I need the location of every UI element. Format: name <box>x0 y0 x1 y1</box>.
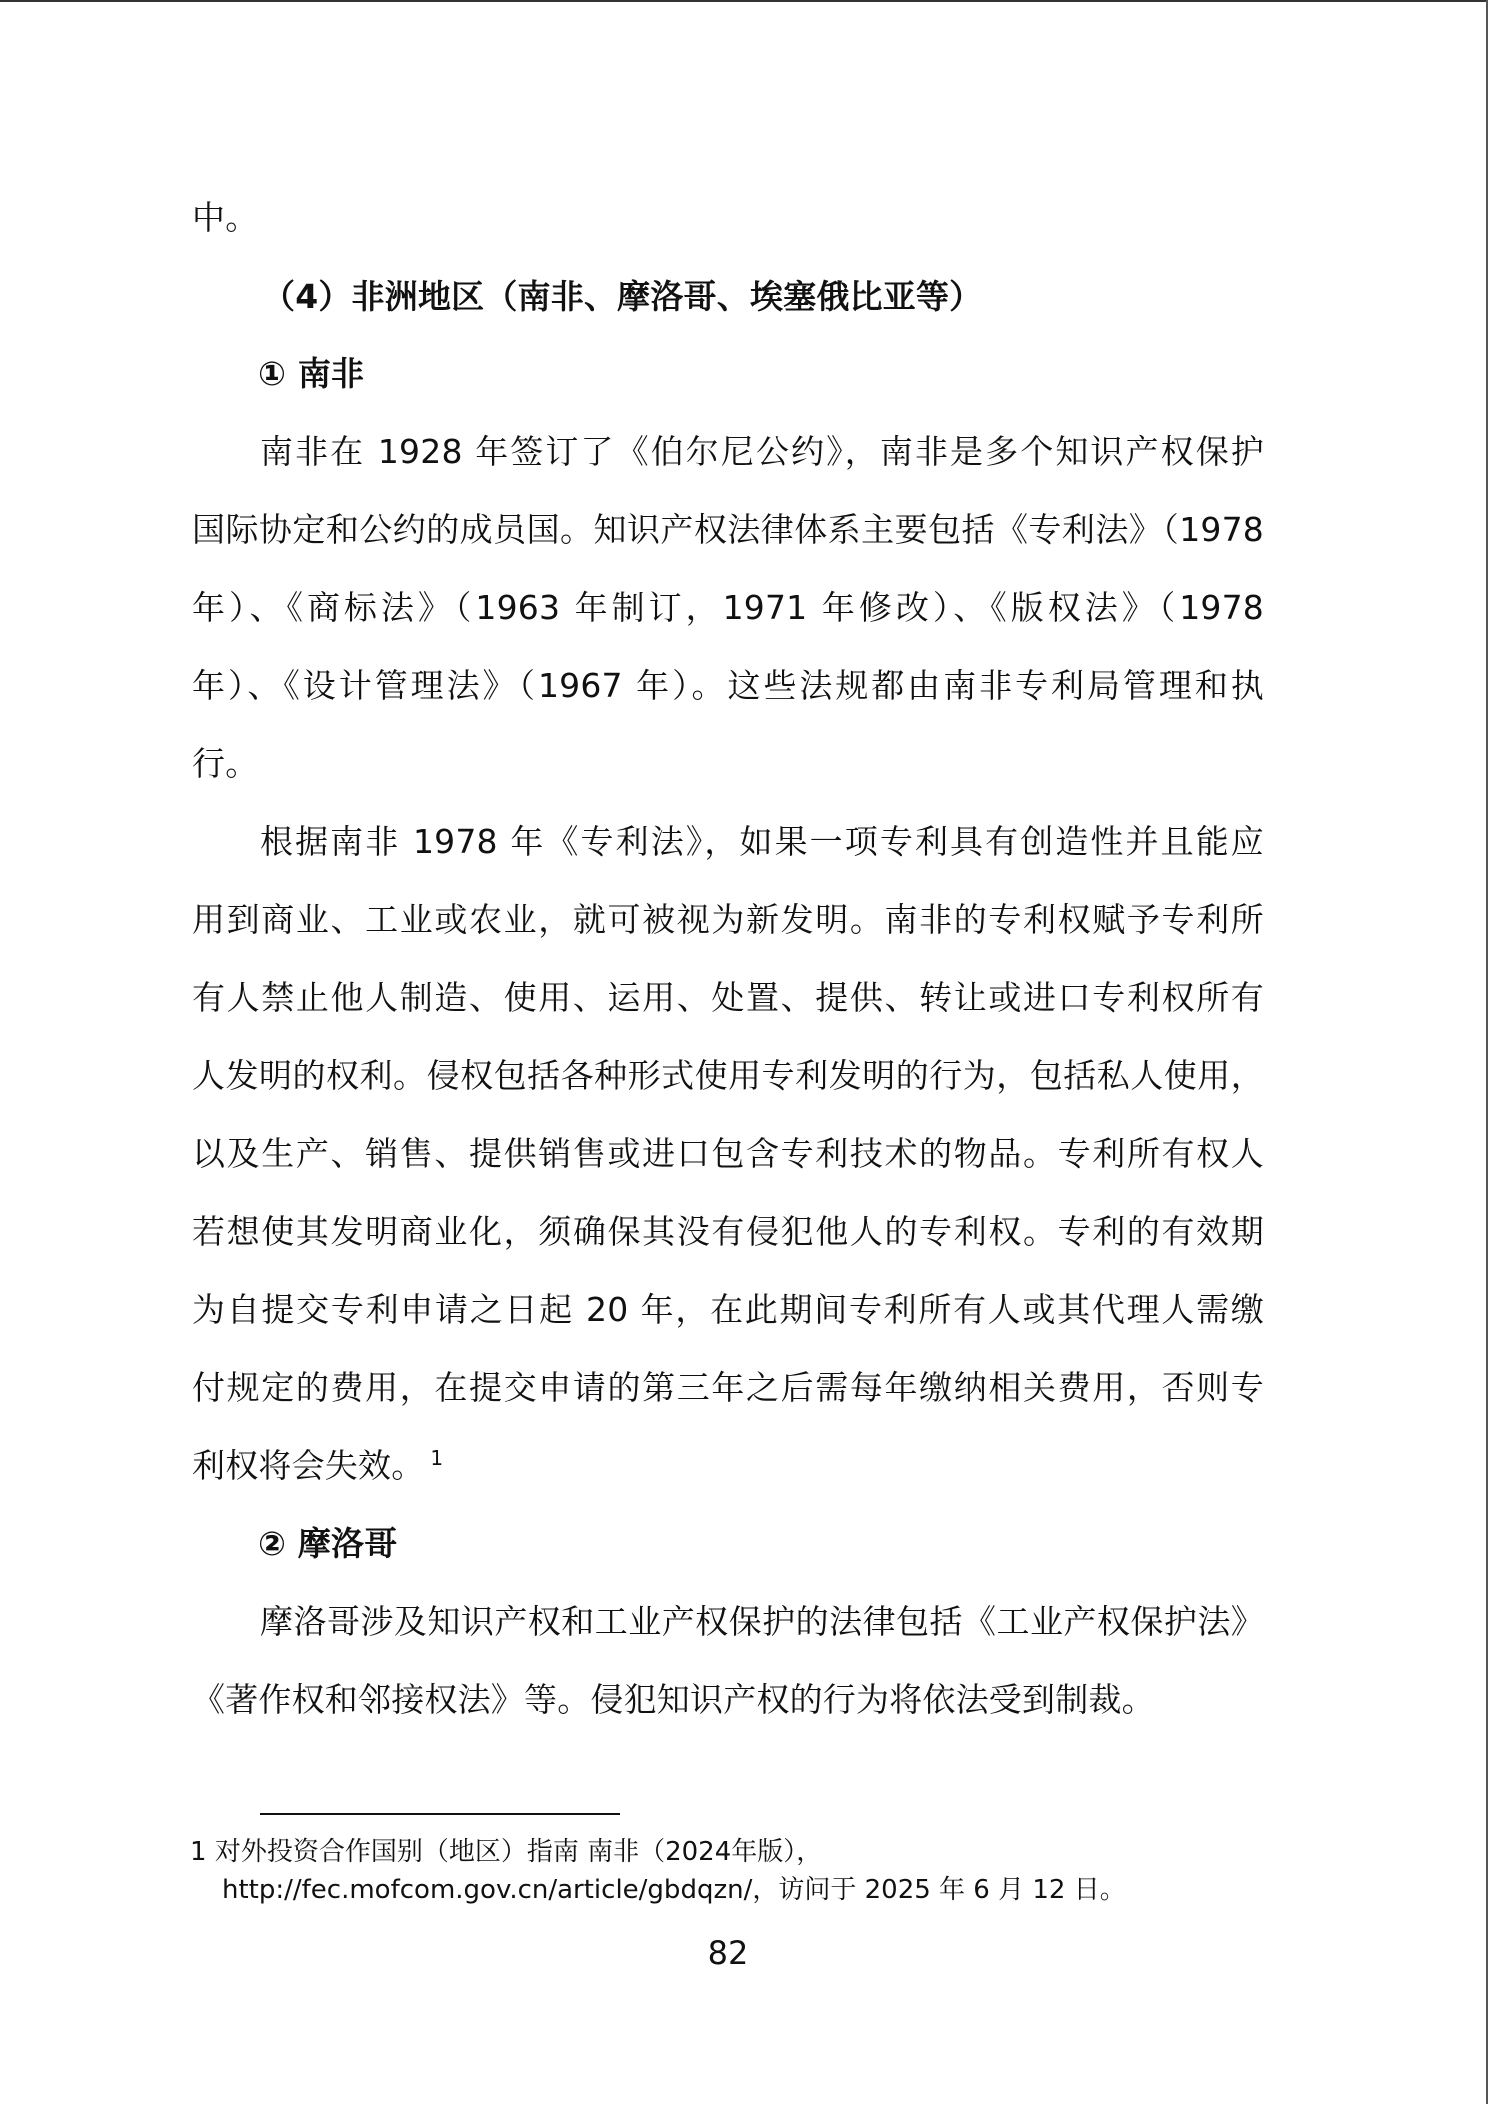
paragraph-line: 利权将会失效。 <box>192 1446 424 1485</box>
footnote-link[interactable]: http://fec.mofcom.gov.cn/article/gbdqzn/ <box>222 1875 752 1905</box>
paragraph-line: 南非在 1928 年签订了《伯尔尼公约》，南非是多个知识产权保护 <box>260 432 1264 472</box>
footnote-line-2: http://fec.mofcom.gov.cn/article/gbdqzn/… <box>222 1874 1126 1906</box>
paragraph-line: 用到商业、工业或农业，就可被视为新发明。南非的专利权赋予专利所 <box>192 900 1264 940</box>
footnote-accessed: ，访问于 2025 年 6 月 12 日。 <box>752 1875 1125 1905</box>
paragraph-line: 行。 <box>192 744 1264 784</box>
footnote-separator <box>260 1813 620 1815</box>
page-number: 82 <box>0 1934 1456 1972</box>
paragraph-line: 根据南非 1978 年《专利法》，如果一项专利具有创造性并且能应 <box>260 822 1264 862</box>
page-border-top <box>0 0 1488 2</box>
paragraph-line: 有人禁止他人制造、使用、运用、处置、提供、转让或进口专利权所有 <box>192 978 1264 1018</box>
footnote-text: 对外投资合作国别（地区）指南 南非（2024年版）， <box>215 1837 822 1867</box>
paragraph-line: 付规定的费用，在提交申请的第三年之后需每年缴纳相关费用，否则专 <box>192 1368 1264 1408</box>
paragraph-line: 《著作权和邻接权法》等。侵犯知识产权的行为将依法受到制裁。 <box>192 1680 1264 1720</box>
paragraph-line: 为自提交专利申请之日起 20 年，在此期间专利所有人或其代理人需缴 <box>192 1290 1264 1330</box>
footnote-number: 1 <box>190 1837 207 1867</box>
paragraph-line: 年）、《商标法》（1963 年制订，1971 年修改）、《版权法》（1978 <box>192 588 1264 628</box>
intro-tail-text: 中。 <box>192 198 1264 238</box>
footnote-ref[interactable]: 1 <box>430 1446 443 1470</box>
paragraph-line: 人发明的权利。侵权包括各种形式使用专利发明的行为，包括私人使用， <box>192 1056 1264 1096</box>
subsection-title-morocco: ② 摩洛哥 <box>258 1524 1330 1564</box>
section-heading: （4）非洲地区（南非、摩洛哥、埃塞俄比亚等） <box>262 277 1334 317</box>
paragraph-line: 国际协定和公约的成员国。知识产权法律体系主要包括《专利法》（1978 <box>192 510 1264 550</box>
paragraph-line-last: 利权将会失效。1 <box>192 1446 1264 1486</box>
paragraph-line: 以及生产、销售、提供销售或进口包含专利技术的物品。专利所有权人 <box>192 1134 1264 1174</box>
footnote-line-1: 1 对外投资合作国别（地区）指南 南非（2024年版）， <box>190 1836 822 1868</box>
paragraph-line: 若想使其发明商业化，须确保其没有侵犯他人的专利权。专利的有效期 <box>192 1212 1264 1252</box>
paragraph-line: 摩洛哥涉及知识产权和工业产权保护的法律包括《工业产权保护法》 <box>260 1602 1264 1642</box>
subsection-title-south-africa: ① 南非 <box>258 354 1330 394</box>
paragraph-line: 年）、《设计管理法》（1967 年）。这些法规都由南非专利局管理和执 <box>192 666 1264 706</box>
